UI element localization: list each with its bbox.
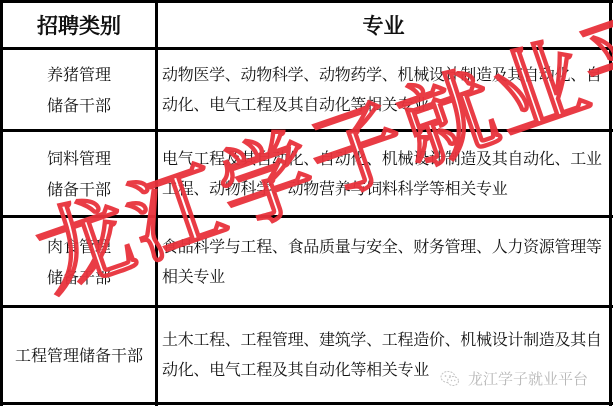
major-line: 动物医学、动物科学、动物药学、机械设计制造及其自动化、自 [162, 60, 602, 90]
table-row-major: 土木工程、工程管理、建筑学、工程造价、机械设计制造及其自 动化、电气工程及其自动… [158, 308, 609, 402]
table-row-major: 动物医学、动物科学、动物药学、机械设计制造及其自动化、自 动化、电气工程及其自动… [158, 50, 609, 129]
major-line: 土木工程、工程管理、建筑学、工程造价、机械设计制造及其自 [162, 325, 602, 355]
header-category-label: 招聘类别 [37, 10, 121, 40]
category-line: 储备干部 [47, 174, 111, 205]
major-line: 动化、电气工程及其自动化等相关专业 [162, 90, 602, 120]
table-row-category: 肉食管理 储备干部 [3, 218, 155, 305]
major-line: 食品科学与工程、食品质量与安全、财务管理、人力资源管理等 [162, 232, 602, 262]
category-line: 养猪管理 [47, 59, 111, 90]
table-row-major: 食品科学与工程、食品质量与安全、财务管理、人力资源管理等 相关专业 [158, 218, 609, 305]
category-line: 肉食管理 [47, 231, 111, 262]
category-line: 饲料管理 [47, 143, 111, 174]
category-line: 工程管理储备干部 [15, 340, 143, 371]
header-major-label: 专业 [363, 10, 405, 40]
category-line: 储备干部 [47, 90, 111, 121]
major-line: 相关专业 [162, 262, 602, 292]
table-border-right [609, 0, 612, 406]
major-line: 动化、电气工程及其自动化等相关专业 [162, 355, 602, 385]
category-line: 储备干部 [47, 262, 111, 293]
major-line: 电气工程及其自动化、自动化、机械设计制造及其自动化、工业 [162, 144, 602, 174]
table-border-bottom [0, 402, 613, 405]
recruitment-table: 招聘类别 专业 养猪管理 储备干部 动物医学、动物科学、动物药学、机械设计制造及… [0, 0, 613, 406]
header-major: 专业 [158, 3, 609, 47]
major-line: 工程、动物科学、动物营养与饲料科学等相关专业 [162, 174, 602, 204]
table-row-category: 养猪管理 储备干部 [3, 50, 155, 129]
header-category: 招聘类别 [3, 3, 155, 47]
table-row-category: 饲料管理 储备干部 [3, 132, 155, 215]
table-row-major: 电气工程及其自动化、自动化、机械设计制造及其自动化、工业 工程、动物科学、动物营… [158, 132, 609, 215]
table-row-category: 工程管理储备干部 [3, 308, 155, 402]
